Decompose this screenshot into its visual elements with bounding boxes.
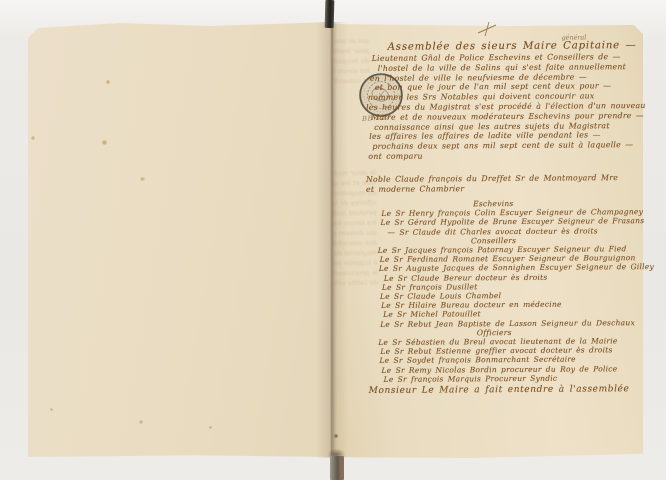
paper-stain <box>106 80 110 84</box>
manuscript-opening-paragraph: général Assemblée des sieurs Maire Capit… <box>366 39 639 162</box>
binding-rod-bottom <box>330 456 344 480</box>
list-item: — Sr Claude dit Charles avocat docteur è… <box>388 226 654 237</box>
list-item: Le Sr Auguste Jacques de Sonnighen Escuy… <box>379 262 654 273</box>
folio-mark-icon <box>477 22 497 36</box>
binding-rod-top <box>325 0 335 28</box>
paper-stain <box>209 426 212 429</box>
bleedthrough-text: le sieur maire de laville et les officie… <box>332 168 380 419</box>
list-item: Le Sr françois Marquis Procureur Syndic <box>384 373 655 384</box>
list-item: Le Sr Gérard Hypolite de Brune Escuyer S… <box>380 216 653 227</box>
paper-stain <box>50 408 53 411</box>
paper-stain <box>102 140 107 145</box>
manuscript-line: prochains deux sept ans mil sept cent de… <box>372 140 638 152</box>
attendance-list: Eschevins Le Sr Henry françois Colin Esc… <box>377 198 655 396</box>
list-item: Le Sr Rebut Jean Baptiste de Lasson Seig… <box>380 318 654 329</box>
interline-note: général <box>562 33 587 41</box>
manuscript-paragraph: Noble Claude françois du Dreffet Sr de M… <box>366 173 618 195</box>
manuscript-line: et moderne Chambrier <box>366 183 618 195</box>
archival-scan: BB.159 qui se sont de la villepour lesdi… <box>0 0 666 480</box>
paper-stain <box>140 177 145 181</box>
manuscript-line: ont comparu <box>368 150 638 162</box>
manuscript-line: Noble Claude françois du Dreffet Sr de M… <box>366 173 618 185</box>
paper-stain <box>139 420 143 424</box>
ink-speck <box>334 434 338 438</box>
manuscript-line: l'hostel de la ville de Salins qui s'est… <box>378 62 638 74</box>
paper-stain <box>31 136 35 140</box>
left-page-blank <box>28 22 332 457</box>
